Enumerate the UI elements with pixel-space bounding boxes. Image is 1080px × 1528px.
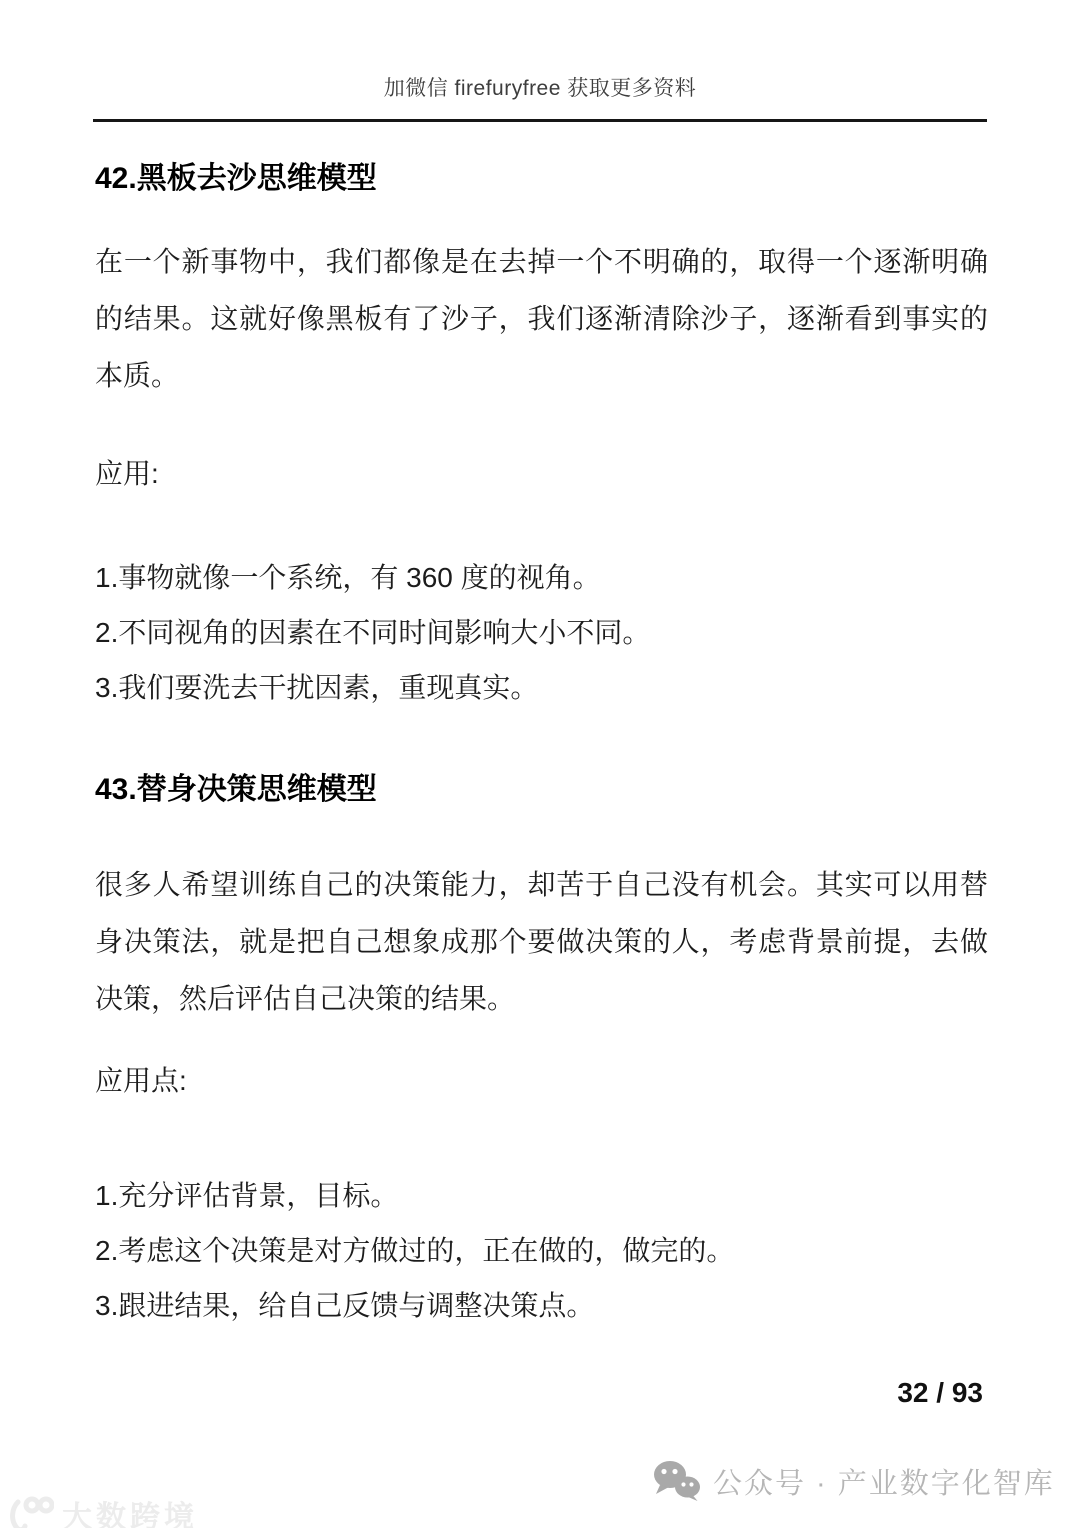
list-item: 3.我们要洗去干扰因素，重现真实。: [95, 660, 995, 715]
dashu-100-logo-icon: [8, 1494, 54, 1528]
corner-watermark: 大数跨境: [8, 1492, 198, 1528]
section-43-list: 1.充分评估背景，目标。 2.考虑这个决策是对方做过的，正在做的，做完的。 3.…: [95, 1168, 995, 1333]
list-item: 2.不同视角的因素在不同时间影响大小不同。: [95, 605, 995, 660]
page-number: 32 / 93: [897, 1376, 983, 1410]
list-item: 1.事物就像一个系统，有 360 度的视角。: [95, 550, 995, 605]
footer-watermark: 公众号 · 产业数字化智库: [653, 1460, 1055, 1502]
list-item: 1.充分评估背景，目标。: [95, 1168, 995, 1223]
section-42-list-label: 应用:: [95, 445, 495, 502]
wechat-icon: [653, 1460, 701, 1502]
section-43-paragraph: 很多人希望训练自己的决策能力，却苦于自己没有机会。其实可以用替身决策法，就是把自…: [95, 856, 988, 1027]
section-43-heading: 43.替身决策思维模型: [95, 770, 995, 810]
footer-label: 公众号 · 产业数字化智库: [713, 1461, 1055, 1502]
section-42-paragraph: 在一个新事物中，我们都像是在去掉一个不明确的，取得一个逐渐明确的结果。这就好像黑…: [95, 233, 988, 404]
header-note: 加微信 firefuryfree 获取更多资料: [0, 72, 1080, 102]
section-43-list-label: 应用点:: [95, 1052, 495, 1109]
list-item: 3.跟进结果，给自己反馈与调整决策点。: [95, 1278, 995, 1333]
header-divider: [93, 119, 987, 122]
list-item: 2.考虑这个决策是对方做过的，正在做的，做完的。: [95, 1223, 995, 1278]
corner-watermark-label: 大数跨境: [62, 1492, 198, 1528]
section-42-list: 1.事物就像一个系统，有 360 度的视角。 2.不同视角的因素在不同时间影响大…: [95, 550, 995, 715]
section-42-heading: 42.黑板去沙思维模型: [95, 159, 995, 199]
